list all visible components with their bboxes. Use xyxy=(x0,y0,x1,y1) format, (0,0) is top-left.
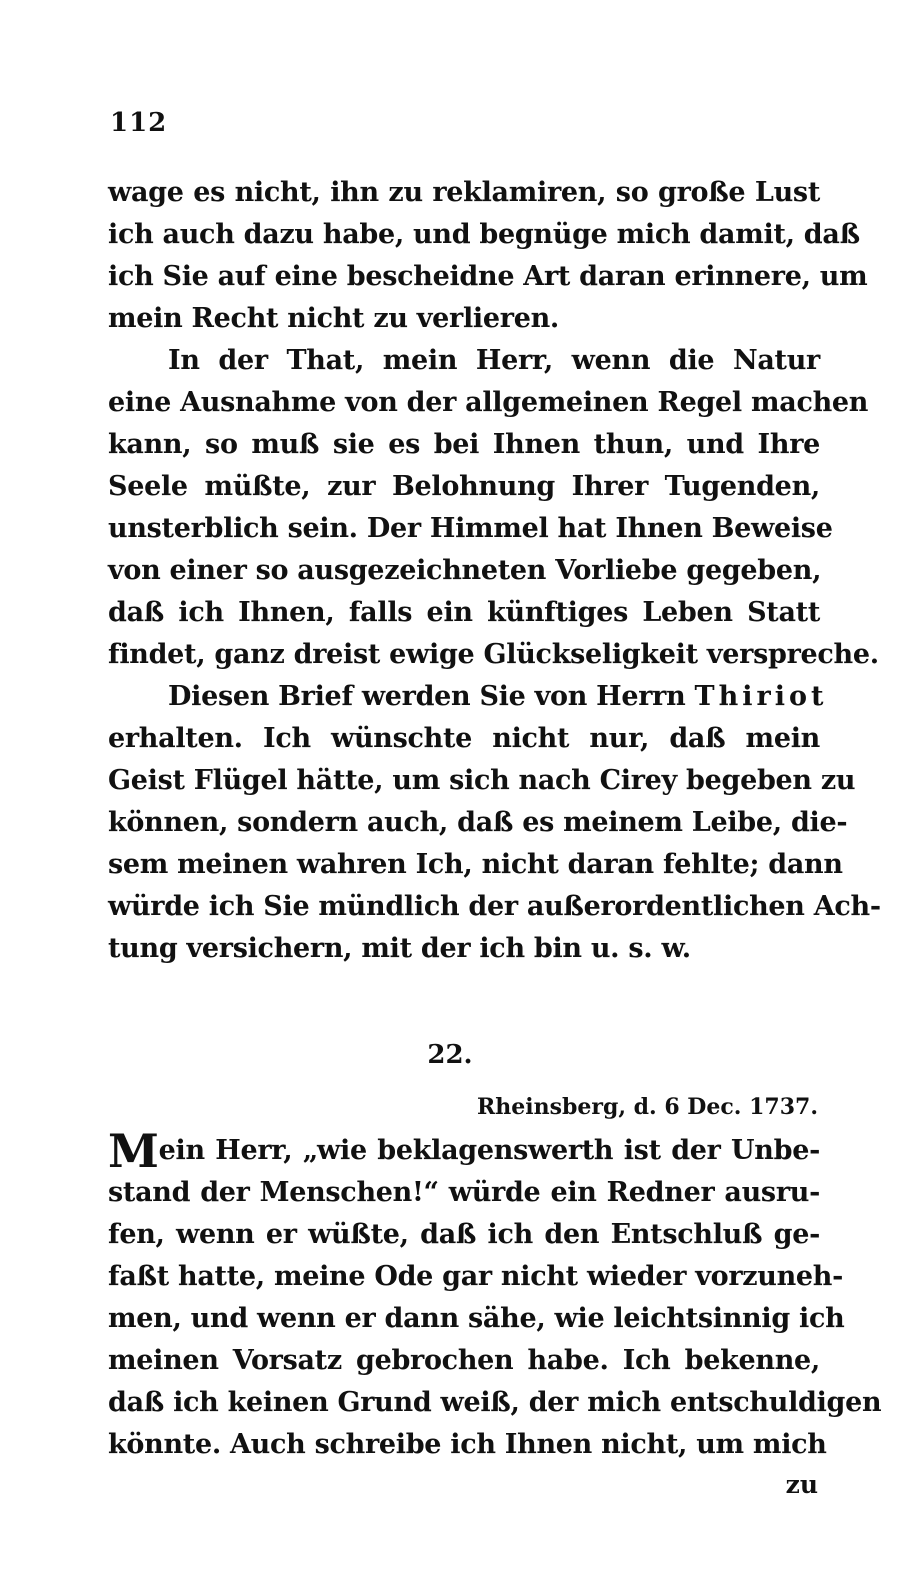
drop-cap: M xyxy=(108,1124,159,1178)
text-line: fen, wenn er wüßte, daß ich den Entschlu… xyxy=(108,1214,820,1256)
text-line: findet, ganz dreist ewige Glückseligkeit… xyxy=(108,634,820,676)
page-number: 112 xyxy=(110,108,167,138)
text-line: kann, so muß sie es bei Ihnen thun, und … xyxy=(108,424,820,466)
letter-number: 22. xyxy=(0,1040,900,1070)
text-line: In der That, mein Herr, wenn die Natur xyxy=(108,340,820,382)
catchword: zu xyxy=(786,1470,818,1499)
text-line: von einer so ausgezeichneten Vorliebe ge… xyxy=(108,550,820,592)
text-line: sem meinen wahren Ich, nicht daran fehlt… xyxy=(108,844,820,886)
dateline: Rheinsberg, d. 6 Dec. 1737. xyxy=(477,1094,818,1120)
spaced-name: Thiriot xyxy=(695,681,828,712)
text-line: Diesen Brief werden Sie von Herrn Thirio… xyxy=(108,676,820,718)
text-line: Mein Herr, „wie beklagenswerth ist der U… xyxy=(108,1130,820,1172)
paragraph-2: In der That, mein Herr, wenn die Natur e… xyxy=(108,340,820,676)
letter-21-continuation: wage es nicht, ihn zu reklamiren, so gro… xyxy=(108,172,820,970)
text-segment: ein Herr, „wie beklagenswerth ist der Un… xyxy=(159,1135,820,1166)
text-line: ich auch dazu habe, und begnüge mich dam… xyxy=(108,214,820,256)
text-line: unsterblich sein. Der Himmel hat Ihnen B… xyxy=(108,508,820,550)
text-line: mein Recht nicht zu verlieren. xyxy=(108,298,820,340)
text-line: stand der Menschen!“ würde ein Redner au… xyxy=(108,1172,820,1214)
paragraph-1: wage es nicht, ihn zu reklamiren, so gro… xyxy=(108,172,820,340)
text-line: Geist Flügel hätte, um sich nach Cirey b… xyxy=(108,760,820,802)
text-line: daß ich keinen Grund weiß, der mich ents… xyxy=(108,1382,820,1424)
text-line: men, und wenn er dann sähe, wie leichtsi… xyxy=(108,1298,820,1340)
text-line: würde ich Sie mündlich der außerordentli… xyxy=(108,886,820,928)
text-line: eine Ausnahme von der allgemeinen Regel … xyxy=(108,382,820,424)
letter-22-body: Mein Herr, „wie beklagenswerth ist der U… xyxy=(108,1130,820,1466)
text-line: tung versichern, mit der ich bin u. s. w… xyxy=(108,928,820,970)
paragraph-3: Diesen Brief werden Sie von Herrn Thirio… xyxy=(108,676,820,970)
text-segment: Diesen Brief werden Sie von Herrn xyxy=(168,681,695,712)
text-line: ich Sie auf eine bescheidne Art daran er… xyxy=(108,256,820,298)
text-line: faßt hatte, meine Ode gar nicht wieder v… xyxy=(108,1256,820,1298)
text-line: meinen Vorsatz gebrochen habe. Ich beken… xyxy=(108,1340,820,1382)
text-line: könnte. Auch schreibe ich Ihnen nicht, u… xyxy=(108,1424,820,1466)
text-line: Seele müßte, zur Belohnung Ihrer Tugende… xyxy=(108,466,820,508)
text-line: erhalten. Ich wünschte nicht nur, daß me… xyxy=(108,718,820,760)
text-line: können, sondern auch, daß es meinem Leib… xyxy=(108,802,820,844)
book-page: 112 wage es nicht, ihn zu reklamiren, so… xyxy=(0,0,900,1583)
text-line: daß ich Ihnen, falls ein künftiges Leben… xyxy=(108,592,820,634)
text-line: wage es nicht, ihn zu reklamiren, so gro… xyxy=(108,172,820,214)
